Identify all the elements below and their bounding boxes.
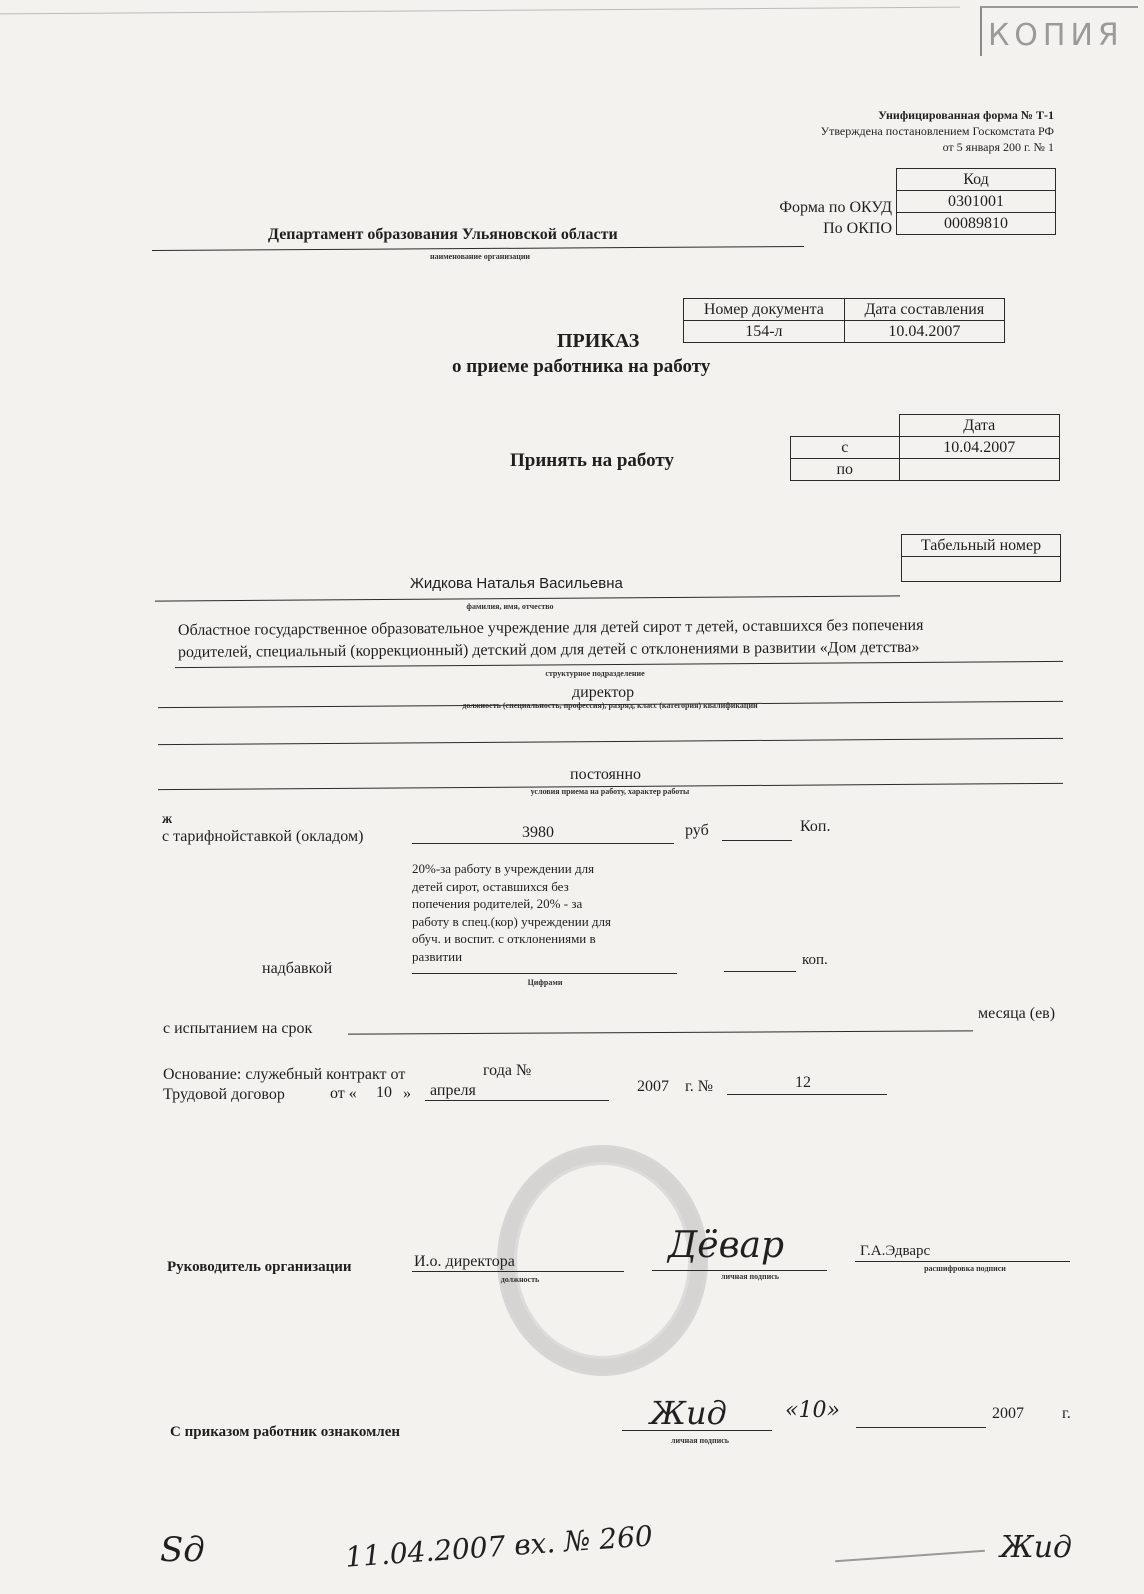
- bonus-line: детей сирот, оставшихся без: [412, 878, 611, 896]
- probation-unit: месяца (ев): [978, 1005, 1055, 1023]
- handwritten-stroke: [835, 1550, 985, 1562]
- bonus-line: развитии: [412, 948, 611, 966]
- basis-line-1-year: года №: [483, 1062, 531, 1080]
- tab-number-table: Табельный номер: [901, 534, 1061, 582]
- doc-number-value: 154-л: [684, 321, 845, 343]
- probation-underline: [348, 1030, 973, 1034]
- conditions-value: постоянно: [570, 766, 641, 784]
- salary-kop-underline: [722, 840, 792, 841]
- salary-rub-value: 3980: [522, 824, 554, 842]
- organization-caption: наименование организации: [400, 252, 560, 261]
- head-signature-underline: [652, 1270, 827, 1271]
- head-position-underline: [412, 1271, 624, 1272]
- okpo-value: 00089810: [897, 213, 1056, 235]
- salary-marker: ж: [162, 812, 172, 828]
- head-name-underline: [855, 1261, 1070, 1262]
- employee-signature: Жид: [650, 1394, 727, 1432]
- employee-signature-underline: [622, 1430, 772, 1431]
- okud-label: Форма по ОКУД: [779, 199, 892, 217]
- order-title: ПРИКАЗ: [557, 330, 639, 353]
- conditions-caption: условия приема на работу, характер работ…: [480, 787, 740, 796]
- codes-header: Код: [897, 169, 1056, 191]
- handwritten-initials: Ѕд: [160, 1530, 205, 1570]
- full-name-underline: [155, 595, 900, 601]
- hire-from-label: с: [791, 437, 900, 459]
- head-name-caption: расшифровка подписи: [890, 1264, 1040, 1273]
- doc-date-value: 10.04.2007: [844, 321, 1004, 343]
- okud-value: 0301001: [897, 191, 1056, 213]
- contract-month: апреля: [430, 1082, 476, 1100]
- organization-name: Департамент образования Ульяновской обла…: [268, 226, 618, 244]
- contract-day-close: »: [403, 1085, 411, 1103]
- bonus-line: обуч. и воспит. с отклонениями в: [412, 930, 611, 948]
- department-line-1: Областное государственное образовательно…: [178, 617, 924, 640]
- employee-ack-label: С приказом работник ознакомлен: [170, 1424, 400, 1441]
- codes-table: Код 0301001 00089810: [896, 168, 1056, 235]
- contract-number: 12: [795, 1074, 811, 1092]
- employee-full-name: Жидкова Наталья Васильевна: [410, 575, 623, 592]
- contract-year: 2007: [637, 1078, 669, 1096]
- hire-to-label: по: [791, 459, 900, 481]
- order-subtitle: о приеме работника на работу: [452, 356, 710, 378]
- bonus-line: 20%-за работу в учреждении для: [412, 860, 611, 878]
- bonus-kop-underline: [724, 971, 796, 972]
- blank-line: [158, 738, 1063, 745]
- bonus-line: попечения родителей, 20% - за: [412, 895, 611, 913]
- head-signature-caption: личная подпись: [700, 1272, 800, 1281]
- head-position-caption: должность: [470, 1275, 570, 1284]
- contract-from: от «: [330, 1085, 357, 1103]
- head-name: Г.А.Эдварс: [860, 1243, 930, 1260]
- contract-year-suffix: г. №: [685, 1078, 713, 1096]
- salary-rub-label: руб: [685, 822, 709, 840]
- bonus-text: 20%-за работу в учреждении для детей сир…: [412, 860, 611, 965]
- contract-number-underline: [727, 1094, 887, 1095]
- document-number-table: Номер документа Дата составления 154-л 1…: [683, 298, 1005, 343]
- hire-date-header: Дата: [899, 415, 1060, 437]
- bonus-kop-label: коп.: [802, 952, 828, 969]
- bonus-label: надбавкой: [262, 960, 332, 978]
- position-value: директор: [572, 684, 634, 702]
- ack-day: «10»: [785, 1398, 840, 1423]
- form-title: Унифицированная форма № Т-1: [878, 108, 1054, 123]
- form-approved-date: от 5 января 200 г. № 1: [943, 140, 1054, 155]
- position-caption: должность (специальность, профессия), ра…: [360, 701, 860, 710]
- head-signature: Дёвар: [668, 1225, 784, 1266]
- contract-label: Трудовой договор: [163, 1086, 285, 1104]
- department-underline: [175, 661, 1063, 668]
- hire-dates-table: Дата с 10.04.2007 по: [790, 414, 1060, 481]
- salary-label: с тарифнойставкой (окладом): [162, 828, 363, 846]
- copy-stamp: КОПИЯ: [980, 6, 1138, 56]
- ack-month-underline: [856, 1427, 986, 1428]
- bonus-underline: [412, 973, 677, 974]
- handwritten-registration-note: 11.04.2007 вх. № 260: [344, 1519, 654, 1573]
- organization-underline: [152, 246, 804, 251]
- handwritten-right-mark: Жид: [1000, 1530, 1072, 1565]
- form-approved-by: Утверждена постановлением Госкомстата РФ: [821, 124, 1054, 139]
- okpo-label: По ОКПО: [823, 220, 892, 238]
- contract-day: 10: [376, 1084, 392, 1102]
- ack-year: 2007: [992, 1405, 1024, 1423]
- hire-to-value: [899, 459, 1060, 481]
- probation-label: с испытанием на срок: [163, 1020, 312, 1038]
- ack-year-suffix: г.: [1062, 1405, 1071, 1423]
- head-position: И.о. директора: [414, 1253, 515, 1271]
- employee-signature-caption: личная подпись: [650, 1436, 750, 1445]
- head-label: Руководитель организации: [167, 1259, 352, 1276]
- basis-line-1: Основание: служебный контракт от: [163, 1066, 405, 1084]
- tab-number-header: Табельный номер: [902, 535, 1061, 557]
- salary-kop-label: Коп.: [800, 818, 830, 836]
- department-line-2: родителей, специальный (коррекционный) д…: [178, 639, 920, 662]
- hire-label: Принять на работу: [510, 450, 674, 472]
- bonus-line: работу в спец.(кор) учреждении для: [412, 913, 611, 931]
- department-caption: структурное подразделение: [520, 669, 670, 678]
- hire-from-value: 10.04.2007: [899, 437, 1060, 459]
- tab-number-value: [902, 557, 1061, 582]
- bonus-caption: Цифрами: [520, 978, 570, 987]
- doc-date-header: Дата составления: [844, 299, 1004, 321]
- scan-top-edge: [0, 7, 960, 15]
- doc-number-header: Номер документа: [684, 299, 845, 321]
- full-name-caption: фамилия, имя, отчество: [420, 602, 600, 611]
- salary-rub-underline: [412, 843, 674, 844]
- contract-month-underline: [425, 1100, 609, 1101]
